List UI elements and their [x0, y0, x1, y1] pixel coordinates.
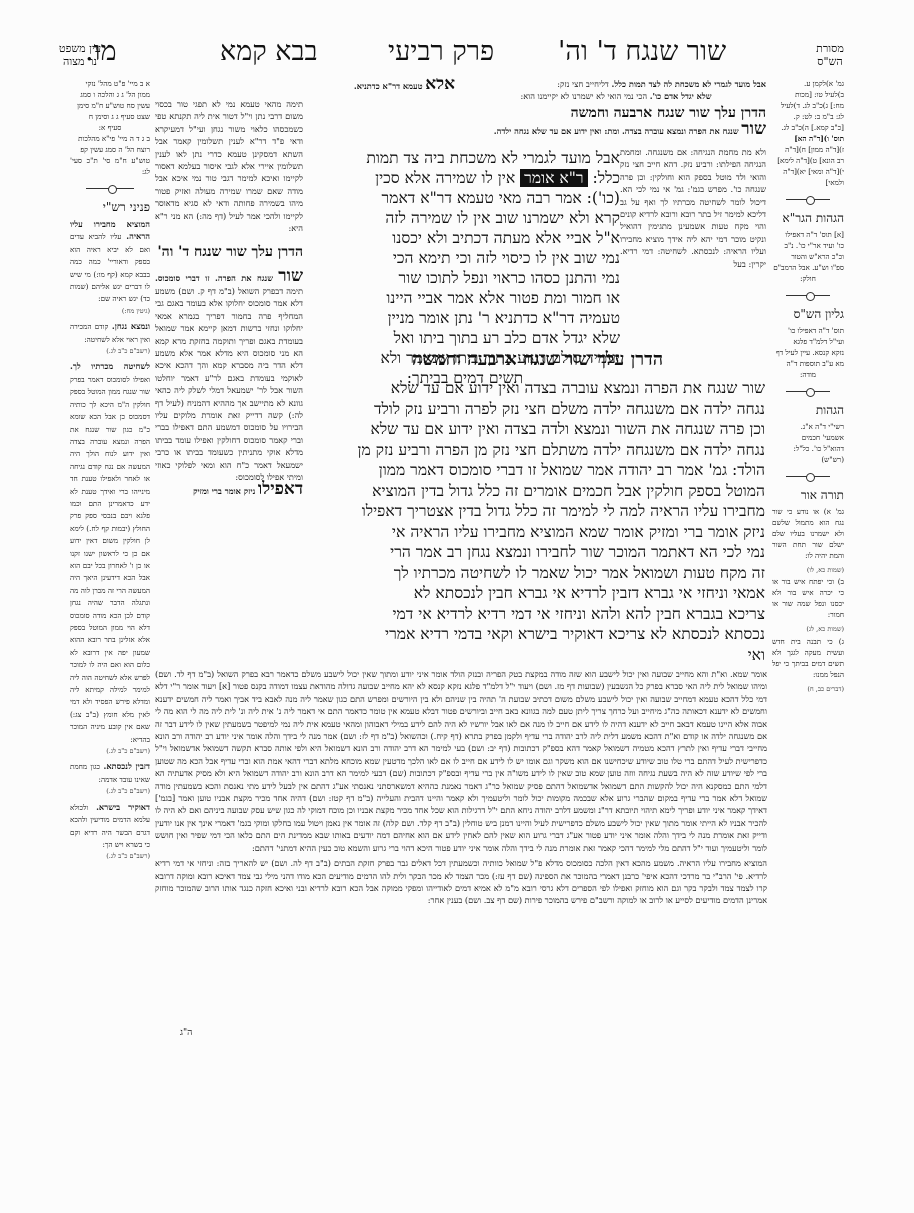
hagahot-line: רשי"י ד"ה א"נ.: [772, 421, 844, 432]
ornament-divider: [70, 183, 150, 193]
rashi-dibbur-hamatchil: אבל מועד לגמרי לא משכחת לה לצד תמות כלל.: [611, 79, 766, 89]
masoret-line: תוס' ו)[ד"ה הא]: [772, 133, 844, 144]
gemara-hadran-heading: הדרן עלך שור שנגח ארבעה וחמשה: [310, 348, 765, 372]
pninei-entry: דזבין לנכסתא. כגון מחמת שאינו עובד אדמה:…: [70, 760, 150, 797]
pninei-entry-ref: (רשב"ם כ"ב לג.): [70, 745, 150, 757]
masoret-line: ז)[ד"ה ממון] ח)[ד"ה: [772, 144, 844, 155]
ornament-divider: [772, 386, 844, 396]
rashi-text: הכי נמי הואי לא ישמרנו לא יקיימנו הוא:: [521, 91, 648, 101]
gemara-line: מחבירו עליו הראיה למה לי למימר זה כלל גד…: [310, 501, 765, 522]
page-header: מסורת הש"ס שור שנגח ד' וה' פרק רביעי בבא…: [0, 38, 914, 66]
right-margin-column: גמ' א)לקמן ע. ב)לעיל טו: [מכות מח:] ג)כ"…: [772, 78, 844, 695]
ein-mishpat-line: עשין סח טוש"ע ח"מ סימן: [70, 100, 150, 111]
ein-mishpat-line: ב ג ד ה מיי' פי"א מהלכות: [70, 133, 150, 144]
pninei-entry: לשחיטה מכרתיו לך. ואפילו לסומכוס דאמר בפ…: [70, 360, 150, 757]
gemara-line: וכן פרה שנגחה את השור ונמצא ולדה בצדה וא…: [310, 419, 765, 440]
gemara-segment: אין לו שמירה אלא סכין: [375, 169, 520, 187]
pninei-entry: דאוקיר בישרא. ולכולא עלמא הדמים מודיעין …: [70, 801, 150, 863]
gemara-line: (כו'): אמר רבה מאי טעמא דר"א דאמר: [310, 188, 620, 208]
tosafot-opening-word: שור: [278, 266, 303, 286]
rashi-mishnah-opening: שור שנגח את הפרה ונמצא עוברה בצדה. ומת: …: [466, 123, 766, 137]
highlighted-phrase[interactable]: ר"א אומר: [520, 169, 587, 187]
page-signature: ה"ג: [180, 1027, 192, 1038]
tosafot-opening-word: אלא: [425, 78, 455, 92]
rashi-opening-word: שור: [741, 119, 766, 137]
hagahot-hagra-title: הגהות הגר"א: [772, 210, 844, 226]
hagahot-line: (רש"ש): [772, 454, 844, 465]
torah-or-verse: ג) כי תבנה בית חדש ועשית מעקה לגגך ולא ת…: [772, 636, 844, 680]
gemara-line: המוטל בספק חולקין אבל חכמים אומרים זה כל…: [310, 481, 765, 502]
gilyon-hashas: גליון הש"ס תוס' ד"ה דאפילו כו' ועי"ל דלמ…: [772, 306, 844, 380]
rashi-line: אבל מועד לגמרי לא משכחת לה לצד תמות כלל.…: [466, 78, 766, 90]
ornament-divider: [772, 290, 844, 300]
gemara-line: אמאי וניחזי אי גברא דזבין לרדיא אי גברא …: [310, 583, 765, 604]
gilyon-line: נזקא קנסא. עיין לעיל דף: [772, 347, 844, 358]
gilyon-line: מא ע"ב תוספות ד"ה: [772, 358, 844, 369]
ein-mishpat-line: סעיף א:: [70, 122, 150, 133]
gemara-segment: כלל:: [588, 169, 620, 187]
torah-or-ref: (שמות כא, לו): [772, 564, 844, 576]
gemara-line: ניזק אומר ברי ומזיק אומר שמא המוציא מחבי…: [310, 522, 765, 543]
masoret-line: גמ' א)לקמן ע.: [772, 78, 844, 89]
pninei-entry-head: לשחיטה מכרתיו לך.: [70, 361, 150, 371]
masoret-hashas: גמ' א)לקמן ע. ב)לעיל טו: [מכות מח:] ג)כ"…: [772, 78, 844, 188]
rashi-commentary: אבל מועד לגמרי לא משכחת לה לצד תמות כלל.…: [466, 78, 766, 137]
gilyon-line: תוס' ד"ה דאפילו כו': [772, 325, 844, 336]
tosafot-text: תימה מהאי טעמא נמי לא תפגי טור בכסוי משו…: [155, 98, 303, 234]
hagra-line: וכ"כ הרא"ש והטור: [772, 251, 844, 262]
gemara-line: כלל: ר"א אומר אין לו שמירה אלא סכין: [310, 168, 620, 188]
hagahot-line: אשמעי' חכמים: [772, 432, 844, 443]
tractate-name: בבא קמא: [220, 38, 317, 66]
ornament-divider: [772, 471, 844, 481]
gemara-line: צריכא בגברא חבין להא ולהא וניחזי אי דמי …: [310, 604, 765, 625]
gemara-line: זה מקח טעות ושמואל אמר יכול שאמר לו לשחי…: [310, 563, 765, 584]
tosafot-bottom-paragraph: אומר שמא. וא"ת והא מחייב שבועה ואין יכול…: [155, 668, 767, 854]
gemara-mishnah-block: שור שנגח את הפרה ונמצא עוברה בצדה ואין י…: [310, 378, 765, 665]
rashi-dibbur-hamatchil: ומת: ואין ידוע אם עד שלא נגחה ילדה.: [494, 126, 620, 136]
gemara-line: א"ל אביי אלא מעתה דכתיב ולא יכסנו: [310, 228, 620, 248]
ein-mishpat-line: א ב מיי' פ"ט מהל' נזקי: [70, 78, 150, 89]
pninei-entry-head: דאוקיר בישרא.: [96, 802, 150, 812]
pninei-entry: ונמצא נגחן. קודם המכירה ואין ראוי אלא לש…: [70, 320, 150, 357]
ornament-divider: [772, 194, 844, 204]
chapter-label: שור שנגח ד' וה': [558, 38, 726, 66]
torah-or: תורה אור גמ' א) או נודע כי שור נגח הוא מ…: [772, 487, 844, 695]
tosafot-bottom: אומר שמא. וא"ת והא מחייב שבועה ואין יכול…: [155, 668, 767, 910]
gemara-line: או חמור ומת פטור אלא אמר אביי היינו: [310, 288, 620, 308]
gemara-line: טעמיה דר"א כדתניא ר' נתן אומר מניין: [310, 308, 620, 328]
rashi-commentary-narrow: ולא מת מחמת הנגיחה: אם משנגחה. ומחמת הנג…: [620, 146, 766, 270]
hagra-line: ספ"ו וש"ע. אבל הרמב"ם: [772, 262, 844, 273]
pninei-entry-head: ונמצא נגחן.: [112, 321, 150, 331]
pninei-entry-text: ואפילו לסומכוס דאמר בפרק שור שנגח ממון ה…: [70, 375, 150, 744]
masoret-line: מח:] ג)כ"ב לג. ד)לעיל: [772, 100, 844, 111]
hagahot: הגהות רשי"י ד"ה א"נ. אשמעי' חכמים דהוא"ל…: [772, 402, 844, 465]
pninei-entry-ref: (רשב"ם כ"ב לג.): [70, 785, 150, 797]
gemara-line: נמי לכי הא דאתמר המוכר שור לחבירו ונמצא …: [310, 542, 765, 563]
tosafot-commentary-narrow: תימה מהאי טעמא נמי לא תפגי טור בכסוי משו…: [155, 98, 303, 498]
tosafot-hadran-heading: הדרן עלך שור שנגח ד' וה': [155, 242, 303, 262]
gemara-line: נמי והתנן כסהו כראוי ונפל לתוכו שור: [310, 268, 620, 288]
tosafot-dibbur-hamatchil: טעמא דר"א כדתניא.: [354, 81, 423, 91]
tosafot-commentary: אלא טעמא דר"א כדתניא.: [155, 78, 455, 92]
gilyon-line: מודה:: [772, 369, 844, 380]
hagahot-hagra: הגהות הגר"א [א] תוס' ד"ה דאפילו כו' ועיד…: [772, 210, 844, 284]
pninei-entry-ref: (גיטין מח:): [70, 305, 150, 317]
pninei-rashi-title: פניני רש"י: [70, 199, 150, 215]
masoret-line: לג: ב"מ ב: לט: ק.: [772, 111, 844, 122]
torah-or-title: תורה אור: [772, 487, 844, 503]
tosafot-entry: אלא טעמא דר"א כדתניא.: [155, 78, 455, 92]
hagra-line: חולק:: [772, 273, 844, 284]
left-margin-column: א ב מיי' פ"ט מהל' נזקי ממון הל' ג ג והלכ…: [70, 78, 150, 866]
tosafot-entry: דאפילו ניזק אומר ברי ומזיק: [155, 483, 303, 497]
chapter-number: פרק רביעי: [388, 38, 494, 66]
rashi-hadran-heading: הדרן עלך שור שנגח ארבעה וחמשה: [466, 103, 766, 123]
rashi-text: דליחייב חצי נזק:: [557, 79, 609, 89]
tosafot-entry: שור שנגח את הפרה. זו דברי סומכוס. תימה ד…: [155, 270, 303, 483]
masoret-line: רב הונא] ט)[ד"ה לימא]: [772, 155, 844, 166]
gilyon-title: גליון הש"ס: [772, 306, 844, 322]
masoret-line: ולמאי]: [772, 177, 844, 188]
tosafot-opening-word: דאפילו: [258, 479, 303, 497]
rashi-body: ולא מת מחמת הנגיחה: אם משנגחה. ומחמת הנג…: [620, 146, 766, 270]
gilyon-line: ועי"ל דלמ"ד פלגא: [772, 336, 844, 347]
torah-or-ref: (שמות כא, לג): [772, 623, 844, 635]
ein-mishpat-line: שצט סעיף ג ג וסימן ח: [70, 111, 150, 122]
rashi-line: שלא יגדל אדם כו'. הכי נמי הואי לא ישמרנו…: [466, 90, 766, 102]
tosafot-dibbur-hamatchil: ניזק אומר ברי ומזיק: [193, 486, 255, 496]
torah-or-ref: (דברים כב, ח): [772, 683, 844, 695]
masoret-header-label: מסורת הש"ס: [790, 42, 870, 68]
spacer: [155, 234, 303, 242]
torah-or-verse: גמ' א) או נודע כי שור נגח הוא מתמול שלשם…: [772, 506, 844, 561]
ein-mishpat-line: רוצח הל' ה סמג עשין קפ: [70, 144, 150, 155]
hagra-line: [א] תוס' ד"ה דאפילו: [772, 229, 844, 240]
gemara-line: קרא ולא ישמרנו שוב אין לו שמירה לזה: [310, 208, 620, 228]
masoret-line: י)[ד"ה ומאי] יא)[ד"ה: [772, 166, 844, 177]
rashi-dibbur-hamatchil: שלא יגדל אדם כו'.: [650, 91, 712, 101]
hagahot-title: הגהות: [772, 402, 844, 418]
ein-mishpat-line: ממון הל' ג ג והלכה ו סמג: [70, 89, 150, 100]
pninei-entry-ref: (רשב"ם כ"ב לג.): [70, 345, 150, 357]
tosafot-dibbur-hamatchil: שנגח את הפרה. זו דברי סומכוס.: [155, 273, 273, 283]
gemara-line: ואי: [310, 645, 765, 666]
hagahot-line: דהוא"ל כו'. כל"ל:: [772, 443, 844, 454]
gemara-line: אבל מועד לגמרי לא משכחת ביה צד תמות: [310, 148, 620, 168]
gemara-line: שור שנגח את הפרה ונמצא עוברה בצדה ואין י…: [310, 378, 765, 399]
gemara-line: נגחה ילדה אם משנגחה ילדה משלם חצי נזק לפ…: [310, 399, 765, 420]
rashi-dibbur-hamatchil: שנגח את הפרה ונמצא עוברה בצדה.: [622, 126, 739, 136]
gemara-line: נגחה ילדה אם משנגחה ילדה משתלם חצי נזק מ…: [310, 440, 765, 461]
gemara-line: נמי שוב אין לו כיסוי לזה וכי תימא הכי: [310, 248, 620, 268]
pninei-entry-head: דזבין לנכסתא.: [104, 761, 150, 771]
ein-mishpat-header-label: עין משפט נר מצוה: [40, 42, 120, 68]
pninei-entry: המוציא מחבירו עליו הראיה. עליו להביא עדי…: [70, 218, 150, 317]
gemara-line: הולד: גמ' אמר רב יהודה אמר שמואל זו דברי…: [310, 460, 765, 481]
torah-or-verse: ב) וכי יפתח איש בור או כי יכרה איש בור ו…: [772, 576, 844, 620]
tosafot-bottom-paragraph: המוציא מחבירו עליו הראיה. משמע מהכא דאין…: [155, 857, 767, 907]
tosafot-text: תימה דבפרק השואל (ב"מ דף ק. ושם) משמע דל…: [155, 286, 303, 482]
ein-mishpat: א ב מיי' פ"ט מהל' נזקי ממון הל' ג ג והלכ…: [70, 78, 150, 177]
hagra-line: כו' ועיד אר"י כו'. נ"ב: [772, 240, 844, 251]
ein-mishpat-line: טוש"ע ח"מ סי' ת"כ סעי' לג:: [70, 155, 150, 177]
pninei-entry-text: עליו להביא עדים ואם לא יביא ראיה הוא בספ…: [70, 232, 150, 303]
pninei-entry-ref: (רשב"ם כ"ב לג.): [70, 850, 150, 862]
gemara-line: נכסתא לנכסתא לא צריכא דאוקיר בישרא וקאי …: [310, 624, 765, 645]
masoret-line: ב)לעיל טו: [מכות: [772, 89, 844, 100]
masoret-line: [כ"ב קמא.] ה)כ"ב לג.: [772, 122, 844, 133]
pninei-rashi: פניני רש"י המוציא מחבירו עליו הראיה. עלי…: [70, 199, 150, 863]
gemara-line: שלא יגדל אדם כלב רע בתוך ביתו ואל: [310, 328, 620, 348]
